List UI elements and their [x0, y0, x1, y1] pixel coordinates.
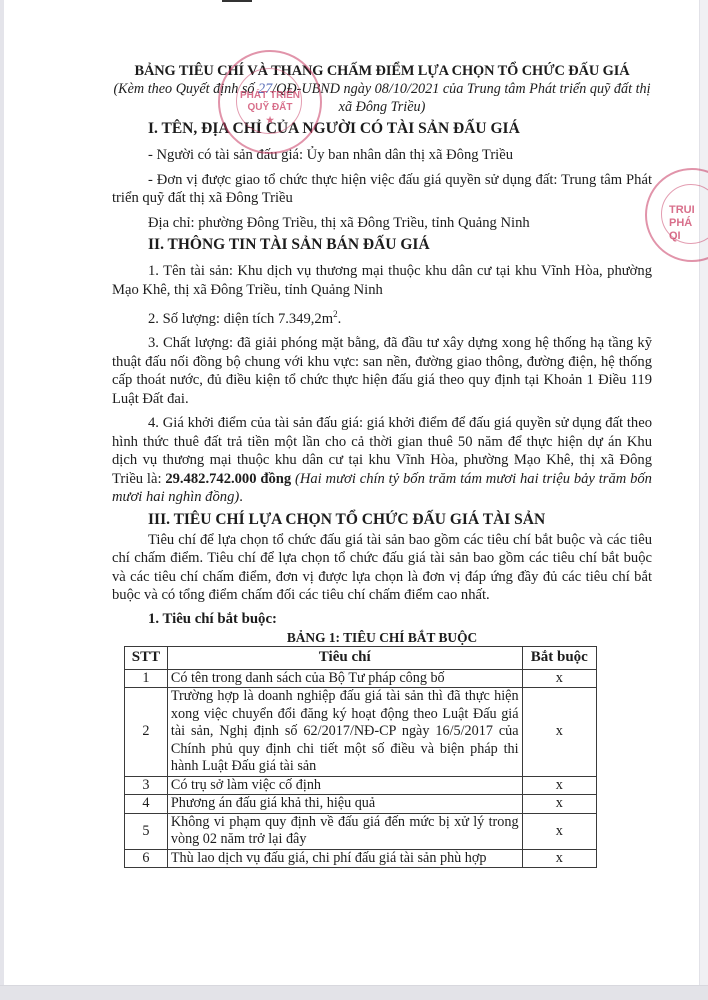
table-row: 1 Có tên trong danh sách của Bộ Tư pháp …	[125, 669, 597, 688]
scan-bottom-bar	[0, 985, 708, 1000]
quantity-end: .	[338, 311, 342, 327]
section-2-quality: 3. Chất lượng: đã giải phóng mặt bằng, đ…	[112, 334, 652, 408]
row-stt: 5	[125, 813, 168, 849]
row-required: x	[522, 795, 596, 814]
decision-number-handwritten: 27	[258, 81, 272, 97]
row-criterion: Có tên trong danh sách của Bộ Tư pháp cô…	[167, 669, 522, 688]
quantity-text: 2. Số lượng: diện tích 7.349,2m	[148, 311, 333, 327]
table-row: 5 Không vi phạm quy định về đấu giá đến …	[125, 813, 597, 849]
section-2-asset-name: 1. Tên tài sản: Khu dịch vụ thương mại t…	[112, 262, 652, 299]
row-stt: 4	[125, 795, 168, 814]
row-required: x	[522, 813, 596, 849]
row-required: x	[522, 688, 596, 777]
row-stt: 3	[125, 776, 168, 795]
section-3-heading: III. TIÊU CHÍ LỰA CHỌN TỔ CHỨC ĐẤU GIÁ T…	[112, 509, 652, 531]
row-stt: 6	[125, 849, 168, 868]
section-1-address: Địa chỉ: phường Đông Triều, thị xã Đông …	[112, 214, 652, 233]
price-end: .	[239, 489, 243, 505]
row-criterion: Có trụ sở làm việc cố định	[167, 776, 522, 795]
table-header-row: STT Tiêu chí Bắt buộc	[125, 646, 597, 669]
header-stt: STT	[125, 646, 168, 669]
subtitle-suffix: /QĐ-UBND ngày 08/10/2021 của Trung tâm P…	[272, 81, 650, 115]
top-mark	[222, 0, 252, 2]
mandatory-criteria-heading: 1. Tiêu chí bắt buộc:	[112, 609, 652, 629]
section-1-owner: - Người có tài sản đấu giá: Ủy ban nhân …	[112, 146, 652, 165]
section-1-heading: I. TÊN, ĐỊA CHỈ CỦA NGƯỜI CÓ TÀI SẢN ĐẤU…	[112, 118, 652, 140]
scan-edge-left	[0, 0, 4, 1000]
subtitle-prefix: (Kèm theo Quyết định số	[113, 81, 258, 97]
stamp-text: TRUI PHÁ QI	[669, 204, 695, 243]
row-stt: 1	[125, 669, 168, 688]
row-criterion: Trường hợp là doanh nghiệp đấu giá tài s…	[167, 688, 522, 777]
scan-edge-right	[699, 0, 708, 1000]
row-criterion: Thù lao dịch vụ đấu giá, chi phí đấu giá…	[167, 849, 522, 868]
header-required: Bắt buộc	[522, 646, 596, 669]
stamp-line: QI	[669, 230, 695, 243]
document-title: BẢNG TIÊU CHÍ VÀ THANG CHẤM ĐIỂM LỰA CHỌ…	[112, 62, 652, 80]
table-row: 6 Thù lao dịch vụ đấu giá, chi phí đấu g…	[125, 849, 597, 868]
header-criterion: Tiêu chí	[167, 646, 522, 669]
table-title: BẢNG 1: TIÊU CHÍ BẮT BUỘC	[112, 629, 652, 646]
table-row: 3 Có trụ sở làm việc cố định x	[125, 776, 597, 795]
row-criterion: Không vi phạm quy định về đấu giá đến mứ…	[167, 813, 522, 849]
price-amount: 29.482.742.000 đồng	[165, 471, 291, 487]
section-2-quantity: 2. Số lượng: diện tích 7.349,2m2.	[112, 305, 652, 328]
row-required: x	[522, 776, 596, 795]
mandatory-criteria-table: STT Tiêu chí Bắt buộc 1 Có tên trong dan…	[124, 646, 597, 869]
document-subtitle: (Kèm theo Quyết định số 27/QĐ-UBND ngày …	[112, 80, 652, 116]
row-criterion: Phương án đấu giá khả thi, hiệu quả	[167, 795, 522, 814]
row-stt: 2	[125, 688, 168, 777]
section-3-intro: Tiêu chí để lựa chọn tổ chức đấu giá tài…	[112, 531, 652, 605]
table-row: 4 Phương án đấu giá khả thi, hiệu quả x	[125, 795, 597, 814]
row-required: x	[522, 669, 596, 688]
document-page: BẢNG TIÊU CHÍ VÀ THANG CHẤM ĐIỂM LỰA CHỌ…	[112, 62, 652, 868]
section-2-starting-price: 4. Giá khởi điểm của tài sản đấu giá: gi…	[112, 414, 652, 507]
table-row: 2 Trường hợp là doanh nghiệp đấu giá tài…	[125, 688, 597, 777]
row-required: x	[522, 849, 596, 868]
section-1-unit: - Đơn vị được giao tổ chức thực hiện việ…	[112, 171, 652, 208]
stamp-line: TRUI	[669, 204, 695, 217]
section-2-heading: II. THÔNG TIN TÀI SẢN BÁN ĐẤU GIÁ	[112, 234, 652, 256]
stamp-line: PHÁ	[669, 217, 695, 230]
